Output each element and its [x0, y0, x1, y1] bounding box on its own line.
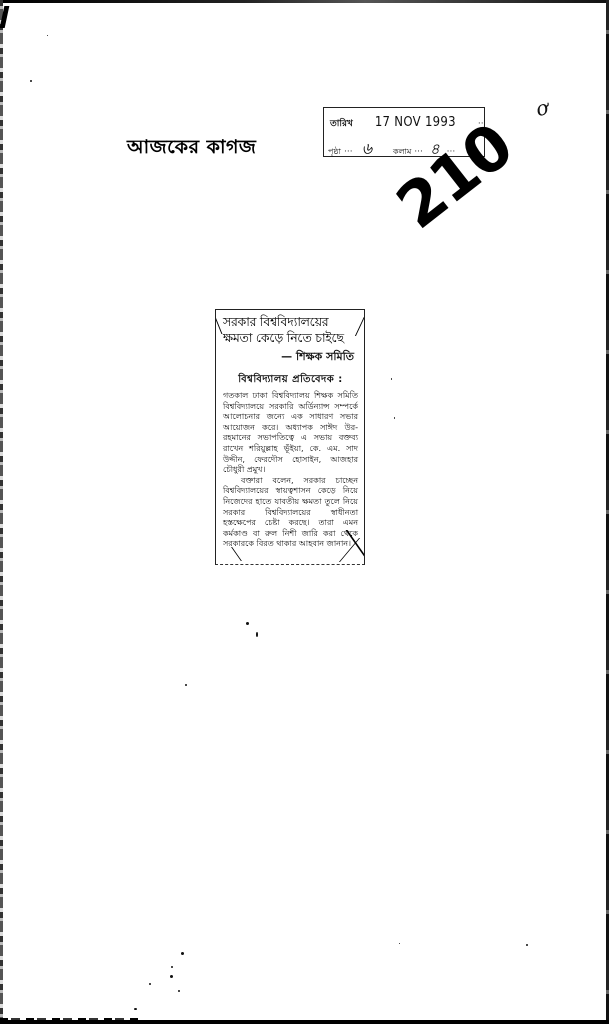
clipping-body: গতকাল ঢাকা বিশ্ববিদ্যালয় শিক্ষক সমিতি ব…	[223, 390, 358, 549]
scan-speck	[171, 966, 173, 968]
scan-speck	[246, 622, 249, 625]
clip-cut-mark	[219, 547, 242, 561]
scan-speck	[185, 684, 187, 686]
scan-speck	[394, 417, 395, 419]
newspaper-masthead: আজকের কাগজ	[127, 133, 256, 165]
stamp-page-value: ৬	[362, 136, 372, 163]
clipping-reporter: বিশ্ববিদ্যালয় প্রতিবেদক :	[223, 372, 358, 389]
scan-edge-bottom	[0, 1020, 609, 1024]
scan-speck	[391, 378, 392, 380]
clipping-paragraph: গতকাল ঢাকা বিশ্ববিদ্যালয় শিক্ষক সমিতি ব…	[223, 390, 358, 475]
clipping-headline: সরকার বিশ্ববিদ্যালয়ের ক্ষমতা কেড়ে নিতে…	[223, 314, 358, 346]
scan-speck	[149, 983, 151, 985]
scan-speck	[170, 975, 173, 978]
stamp-date-label: তারিখ	[330, 116, 353, 131]
stamp-page-label: পৃষ্ঠা	[328, 146, 341, 159]
scan-speck	[178, 990, 180, 992]
scan-edge-left	[0, 0, 3, 1024]
scan-speck	[399, 943, 400, 944]
stamp-date-value: 17 NOV 1993	[375, 115, 456, 130]
stamp-dots: ···	[344, 147, 353, 157]
scan-speck	[526, 944, 528, 946]
scan-speck	[181, 952, 184, 955]
scan-speck	[30, 80, 32, 82]
clipping-byline: — শিক্ষক সমিতি	[223, 348, 358, 367]
scan-speck	[256, 632, 258, 637]
handwritten-corner-mark: ơ	[533, 95, 551, 121]
scan-edge-top	[0, 0, 609, 3]
stamp-column-label: কলাম	[393, 146, 411, 159]
newspaper-clipping: সরকার বিশ্ববিদ্যালয়ের ক্ষমতা কেড়ে নিতে…	[215, 309, 365, 565]
scan-edge-noise	[0, 1018, 140, 1020]
scanned-page: আজকের কাগজ তারিখ 17 NOV 1993 ·· পৃষ্ঠা ·…	[0, 0, 609, 1024]
scan-speck	[47, 35, 48, 36]
scan-speck	[134, 1008, 137, 1010]
